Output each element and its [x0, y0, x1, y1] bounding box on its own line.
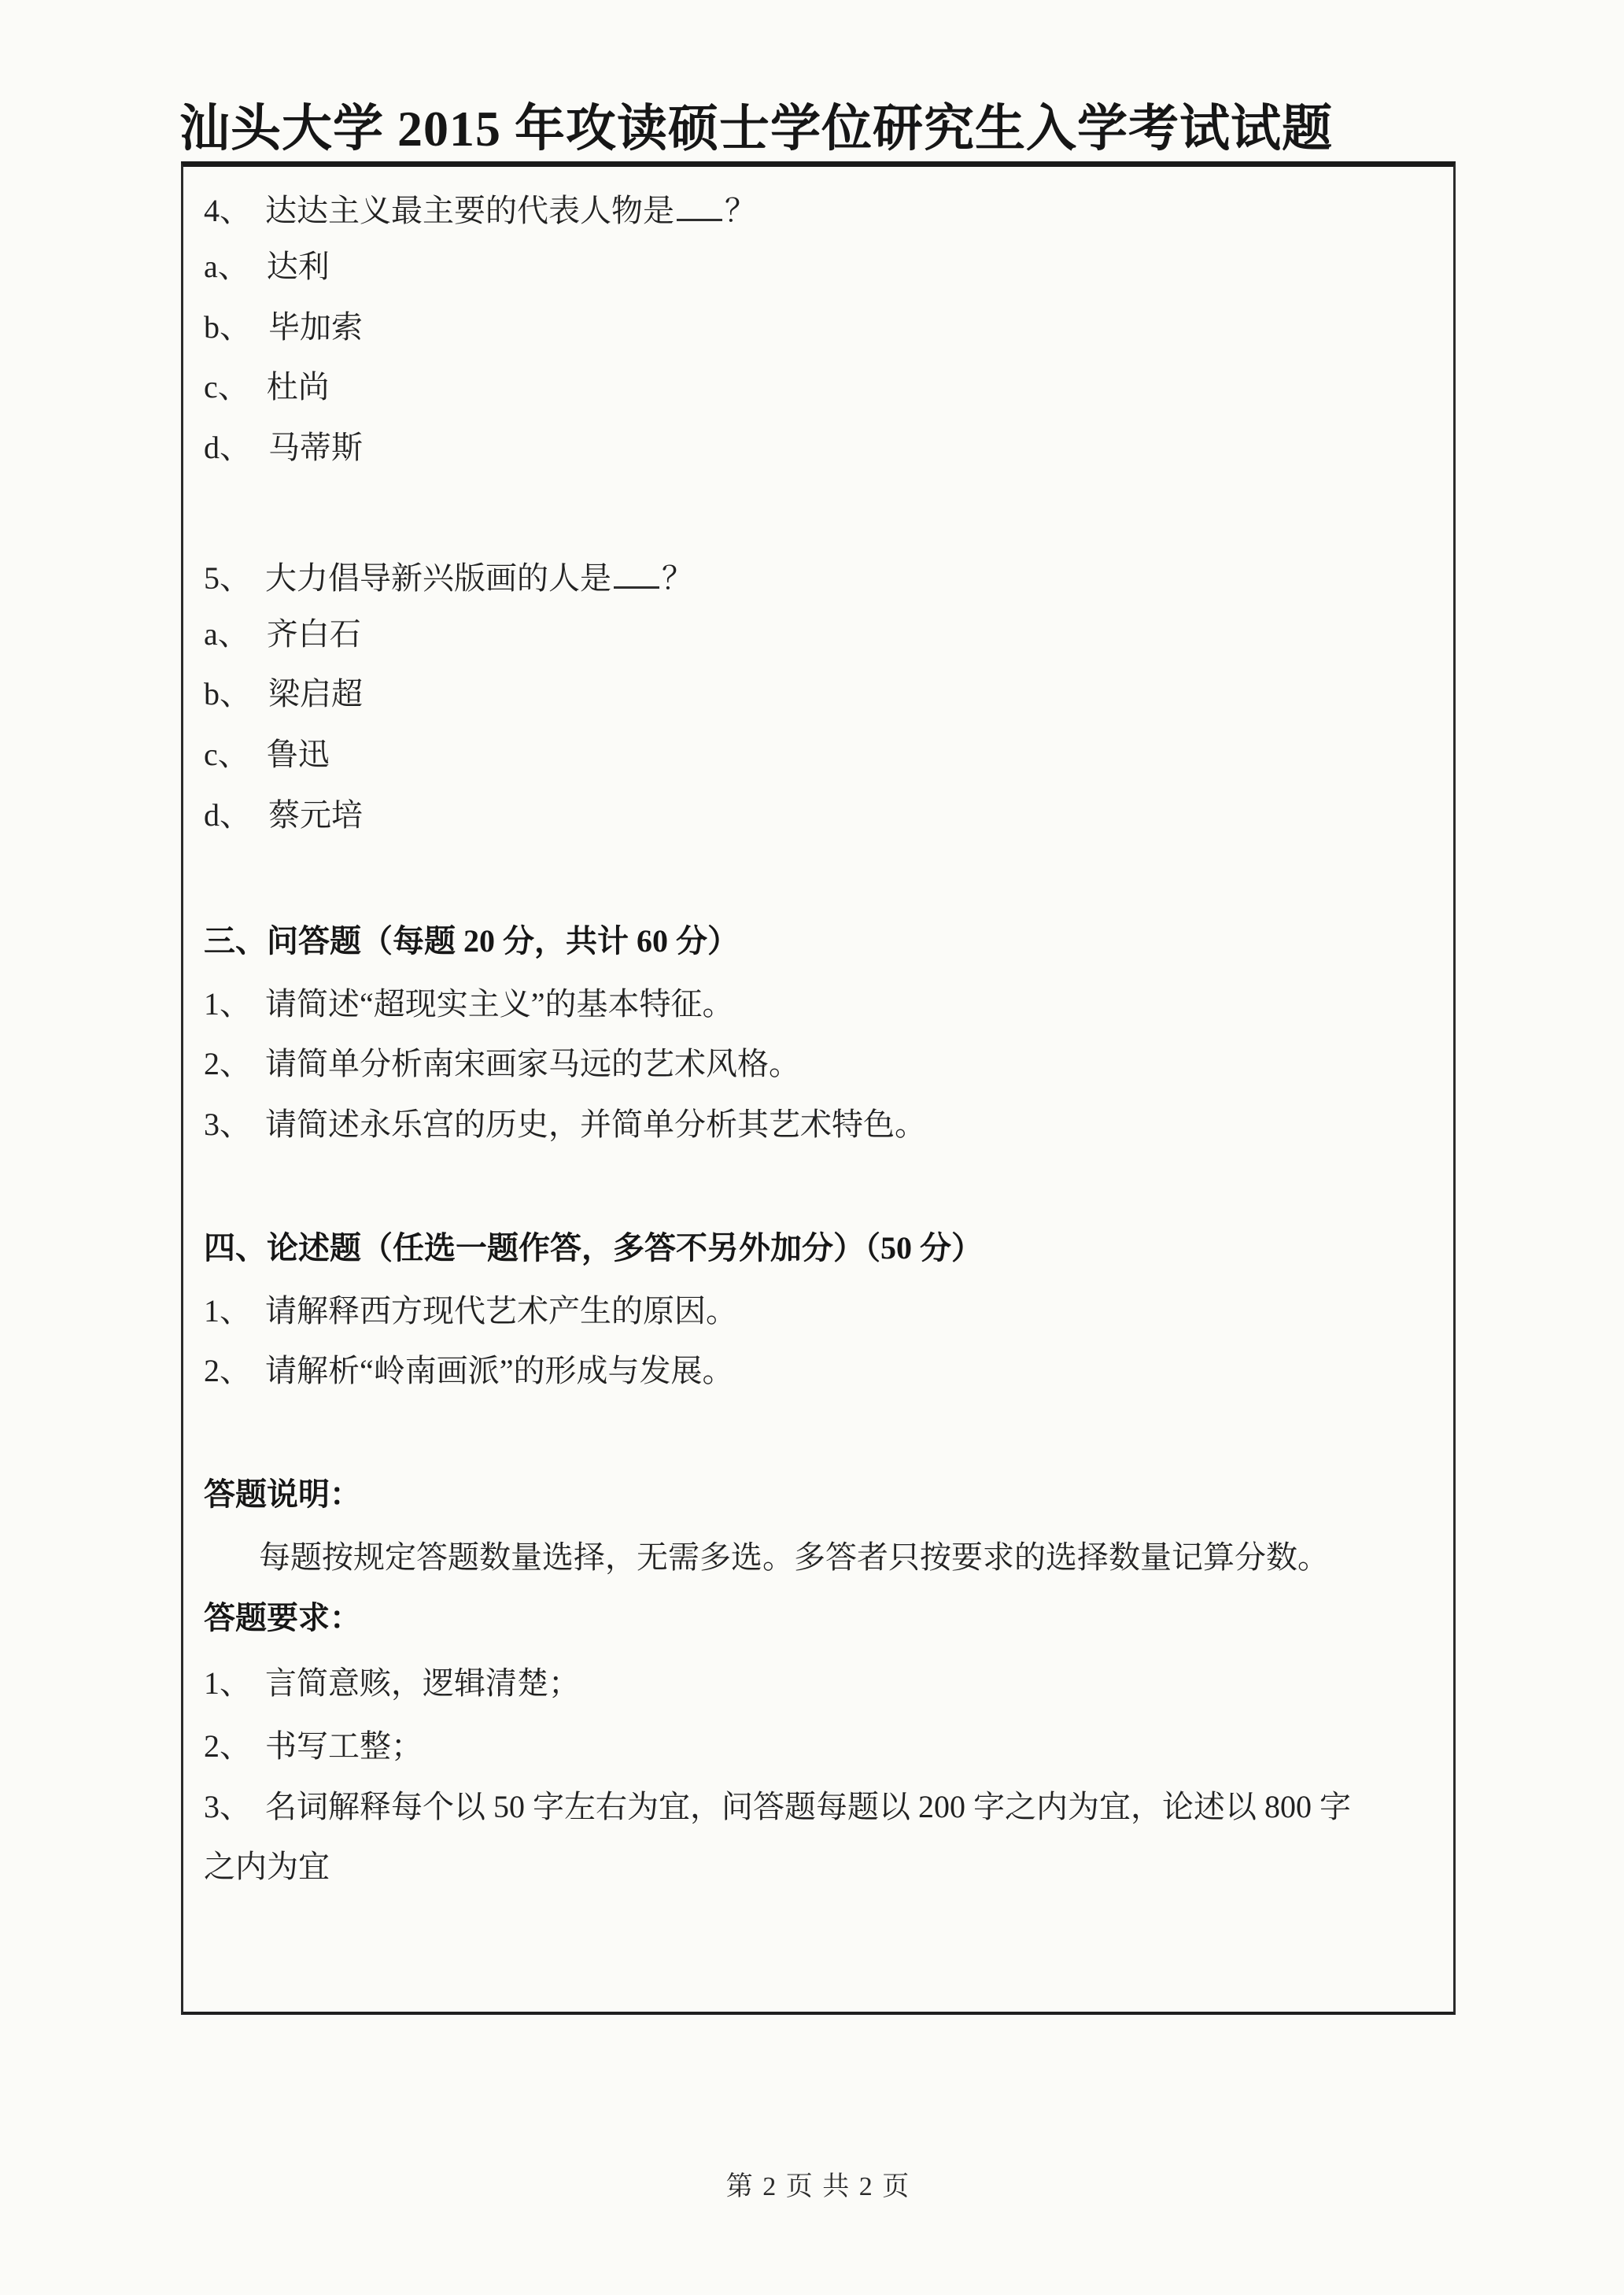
section3-item-1: 1、请简述“超现实主义”的基本特征。	[204, 985, 734, 1023]
section4-heading: 四、论述题（任选一题作答，多答不另外加分）（50 分）	[204, 1229, 983, 1267]
question-5-option-c: c、鲁迅	[204, 736, 330, 774]
question-4-number: 4、	[204, 193, 251, 228]
item-text: 名词解释每个以 50 字左右为宜，问答题每题以 200 字之内为宜，论述以 80…	[265, 1789, 1351, 1824]
option-text: 达利	[267, 249, 330, 284]
question-4-mark: ？	[725, 193, 756, 228]
question-4-option-d: d、马蒂斯	[204, 429, 363, 467]
requirement-2: 2、书写工整；	[204, 1728, 423, 1765]
item-number: 2、	[204, 1728, 251, 1764]
item-number: 1、	[204, 1665, 251, 1701]
question-5-mark: ？	[662, 560, 693, 596]
option-label: a、	[204, 616, 249, 652]
option-text: 鲁迅	[267, 737, 330, 772]
question-4: 4、达达主义最主要的代表人物是？	[204, 187, 756, 230]
item-number: 2、	[204, 1353, 251, 1388]
item-number: 2、	[204, 1046, 251, 1081]
requirement-3-continued: 之内为宜	[204, 1848, 330, 1886]
question-4-stem: 达达主义最主要的代表人物是	[265, 193, 674, 228]
requirement-3: 3、名词解释每个以 50 字左右为宜，问答题每题以 200 字之内为宜，论述以 …	[204, 1788, 1351, 1826]
question-5-option-b: b、梁启超	[204, 675, 363, 713]
item-text: 请简单分析南宋画家马远的艺术风格。	[265, 1046, 800, 1081]
item-text: 请解释西方现代艺术产生的原因。	[265, 1293, 737, 1329]
option-label: c、	[204, 369, 249, 405]
item-text: 请解析“岭南画派”的形成与发展。	[265, 1353, 734, 1388]
item-number: 3、	[204, 1107, 251, 1142]
requirements-heading: 答题要求：	[204, 1599, 361, 1637]
item-number: 1、	[204, 986, 251, 1022]
question-5-option-d: d、蔡元培	[204, 796, 363, 834]
instructions-text: 每题按规定答题数量选择，无需多选。多答者只按要求的选择数量记算分数。	[259, 1539, 1329, 1576]
page-title: 汕头大学 2015 年攻读硕士学位研究生入学考试试题	[179, 88, 1458, 161]
section3-item-3: 3、请简述永乐宫的历史，并简单分析其艺术特色。	[204, 1106, 926, 1144]
answer-blank	[677, 187, 722, 221]
item-text: 请简述“超现实主义”的基本特征。	[265, 986, 734, 1022]
option-label: b、	[204, 676, 251, 711]
item-number: 1、	[204, 1293, 251, 1329]
item-text: 请简述永乐宫的历史，并简单分析其艺术特色。	[265, 1107, 926, 1142]
section3-heading: 三、问答题（每题 20 分，共计 60 分）	[204, 922, 739, 960]
option-label: d、	[204, 430, 251, 465]
question-4-option-a: a、达利	[204, 248, 330, 286]
option-text: 齐白石	[267, 616, 361, 652]
option-label: d、	[204, 797, 251, 833]
question-5-option-a: a、齐白石	[204, 615, 361, 653]
exam-content-frame: 4、达达主义最主要的代表人物是？ a、达利 b、毕加索 c、杜尚 d、马蒂斯 5…	[181, 161, 1456, 2015]
question-4-option-c: c、杜尚	[204, 368, 330, 406]
option-text: 毕加索	[268, 309, 363, 345]
option-label: a、	[204, 249, 249, 284]
item-number: 3、	[204, 1789, 251, 1824]
question-5-number: 5、	[204, 560, 251, 596]
answer-blank	[614, 555, 659, 589]
question-5-stem: 大力倡导新兴版画的人是	[265, 560, 611, 596]
option-text: 杜尚	[267, 369, 330, 405]
question-4-option-b: b、毕加索	[204, 309, 363, 346]
instructions-heading: 答题说明：	[204, 1476, 361, 1513]
page-number-footer: 第 2 页 共 2 页	[181, 2164, 1456, 2203]
option-text: 梁启超	[268, 676, 363, 711]
question-5: 5、大力倡导新兴版画的人是？	[204, 555, 693, 597]
option-text: 蔡元培	[268, 797, 363, 833]
section4-item-2: 2、请解析“岭南画派”的形成与发展。	[204, 1352, 734, 1390]
option-text: 马蒂斯	[268, 430, 363, 465]
item-text: 书写工整；	[265, 1728, 423, 1764]
item-text: 言简意赅，逻辑清楚；	[265, 1665, 580, 1701]
requirement-1: 1、言简意赅，逻辑清楚；	[204, 1665, 580, 1702]
option-label: b、	[204, 309, 251, 345]
section3-item-2: 2、请简单分析南宋画家马远的艺术风格。	[204, 1045, 800, 1083]
section4-item-1: 1、请解释西方现代艺术产生的原因。	[204, 1292, 737, 1330]
option-label: c、	[204, 737, 249, 772]
